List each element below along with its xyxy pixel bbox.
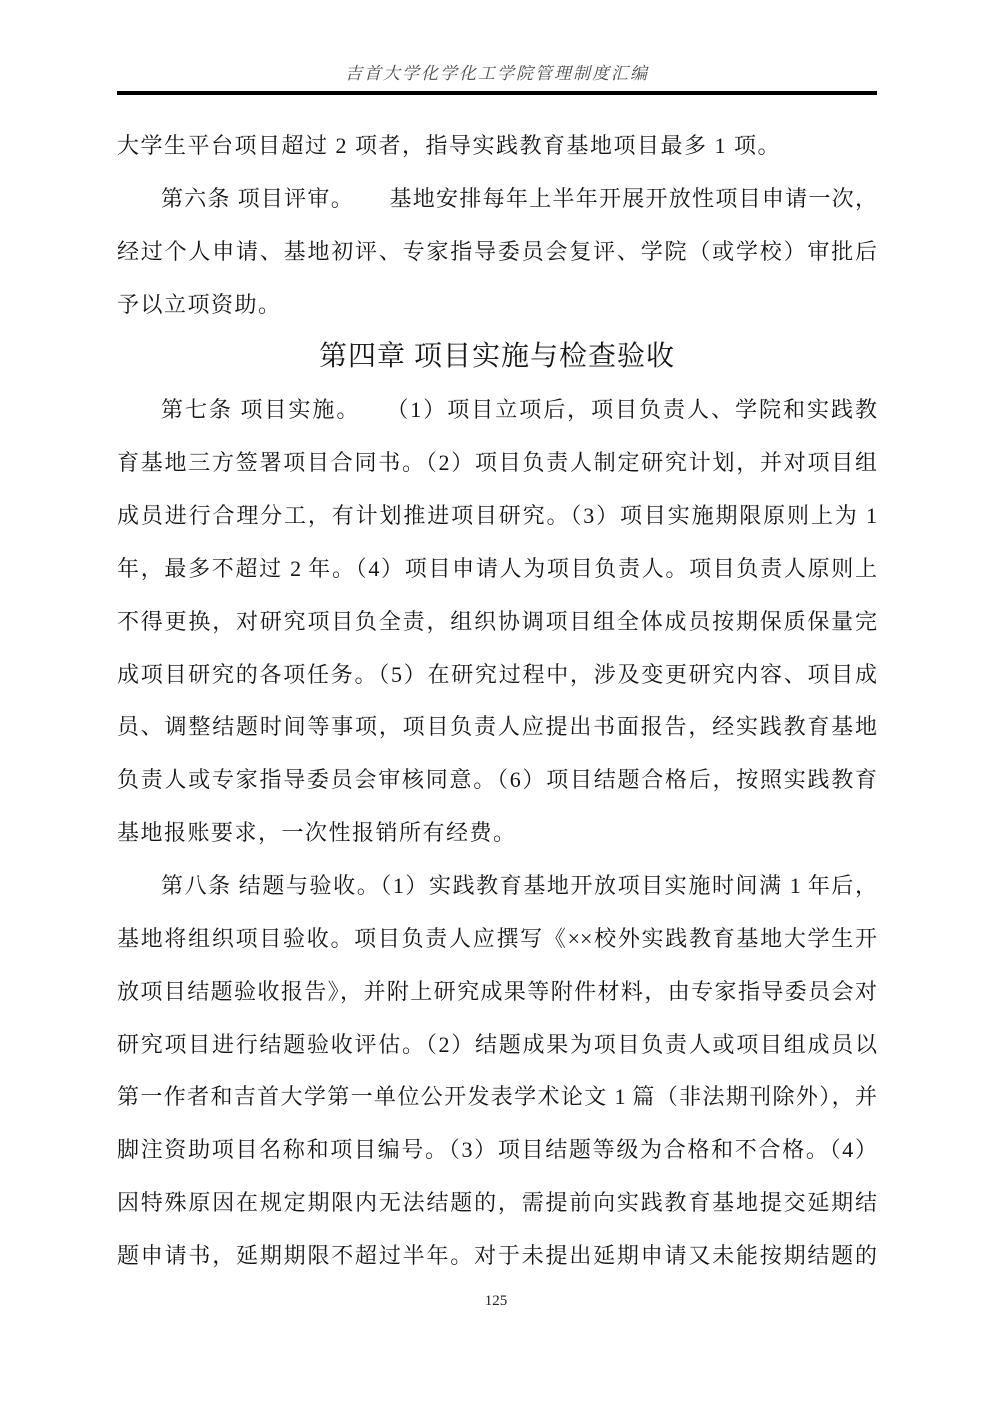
text-line: 第一作者和吉首大学第一单位公开发表学术论文 1 篇（非法期刊除外），并 (117, 1071, 877, 1124)
text-line: 基地将组织项目验收。项目负责人应撰写《××校外实践教育基地大学生开 (117, 913, 877, 966)
text-line: 不得更换，对研究项目负全责，组织协调项目组全体成员按期保质保量完 (117, 596, 877, 649)
page-header: 吉首大学化学化工学院管理制度汇编 (117, 62, 877, 95)
text-line: 因特殊原因在规定期限内无法结题的，需提前向实践教育基地提交延期结 (117, 1177, 877, 1230)
text-line: 成员进行合理分工，有计划推进项目研究。（3）项目实施期限原则上为 1 (117, 490, 877, 543)
header-rule (117, 91, 877, 95)
text-line: 成项目研究的各项任务。（5）在研究过程中，涉及变更研究内容、项目成 (117, 649, 877, 702)
text-line: 员、调整结题时间等事项，项目负责人应提出书面报告，经实践教育基地 (117, 701, 877, 754)
text-line: 育基地三方签署项目合同书。（2）项目负责人制定研究计划，并对项目组 (117, 437, 877, 490)
chapter-heading: 第四章 项目实施与检查验收 (117, 331, 877, 384)
text-line: 负责人或专家指导委员会审核同意。（6）项目结题合格后，按照实践教育 (117, 754, 877, 807)
text-line: 年，最多不超过 2 年。（4）项目申请人为项目负责人。项目负责人原则上 (117, 543, 877, 596)
text-line: 基地报账要求，一次性报销所有经费。 (117, 807, 877, 860)
page-footer: 125 (0, 1292, 992, 1310)
text-line: 研究项目进行结题验收评估。（2）结题成果为项目负责人或项目组成员以 (117, 1019, 877, 1072)
document-body: 大学生平台项目超过 2 项者，指导实践教育基地项目最多 1 项。第六条 项目评审… (117, 120, 877, 1283)
text-line: 第七条 项目实施。 （1）项目立项后，项目负责人、学院和实践教 (117, 384, 877, 437)
text-line: 放项目结题验收报告》，并附上研究成果等附件材料，由专家指导委员会对 (117, 966, 877, 1019)
text-line: 题申请书，延期期限不超过半年。对于未提出延期申请又未能按期结题的 (117, 1230, 877, 1283)
page-number: 125 (485, 1293, 508, 1309)
text-line: 大学生平台项目超过 2 项者，指导实践教育基地项目最多 1 项。 (117, 120, 877, 173)
header-title: 吉首大学化学化工学院管理制度汇编 (117, 62, 877, 86)
text-line: 予以立项资助。 (117, 279, 877, 332)
text-line: 第六条 项目评审。 基地安排每年上半年开展开放性项目申请一次， (117, 173, 877, 226)
text-line: 经过个人申请、基地初评、专家指导委员会复评、学院（或学校）审批后 (117, 226, 877, 279)
text-line: 第八条 结题与验收。（1）实践教育基地开放项目实施时间满 1 年后， (117, 860, 877, 913)
text-line: 脚注资助项目名称和项目编号。（3）项目结题等级为合格和不合格。（4） (117, 1124, 877, 1177)
